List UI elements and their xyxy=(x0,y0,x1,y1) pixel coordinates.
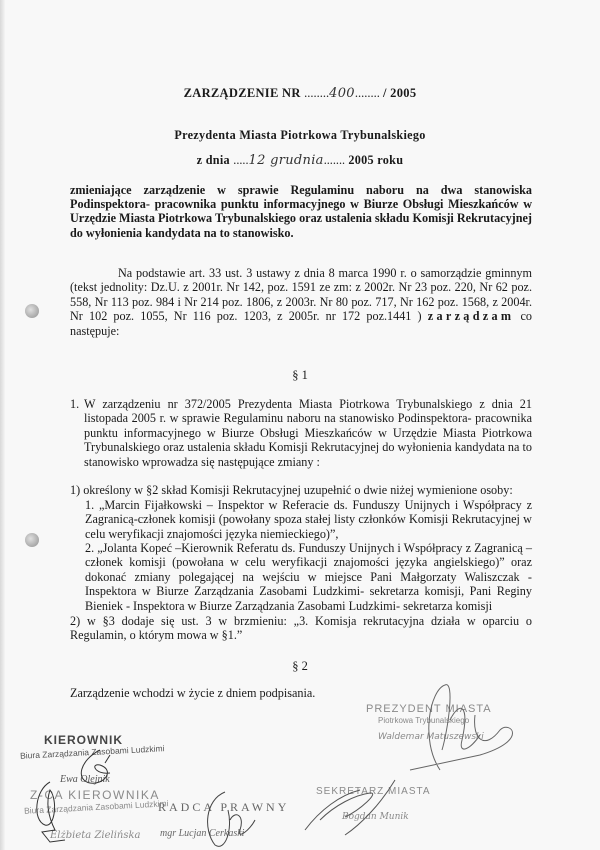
change-2: 2) w §3 dodaje się ust. 3 w brzmieniu: „… xyxy=(70,614,532,643)
legal-signature xyxy=(195,790,265,850)
hr-deputy-signature xyxy=(30,780,70,845)
person-1: 1. „Marcin Fijałkowski – Inspektor w Ref… xyxy=(85,498,532,541)
decree-word: zarządzam xyxy=(428,309,515,323)
section-2-mark: § 2 xyxy=(0,659,600,674)
date-line: z dnia .....12 grudnia....... 2005 roku xyxy=(0,153,600,168)
punch-hole xyxy=(25,304,39,318)
legal-basis: Na podstawie art. 33 ust. 3 ustawy z dni… xyxy=(70,266,532,338)
president-signature xyxy=(400,680,540,780)
person-2: 2. „Jolanta Kopeć –Kierownik Referatu ds… xyxy=(85,541,532,613)
issuer: Prezydenta Miasta Piotrkowa Trybunalskie… xyxy=(0,128,600,143)
subject: zmieniające zarządzenie w sprawie Regula… xyxy=(70,183,532,240)
change-1-intro: 1) określony w §2 skład Komisji Rekrutac… xyxy=(70,483,536,497)
secretary-signature xyxy=(300,775,410,835)
document-page: ZARZĄDZENIE NR ........400........ / 200… xyxy=(0,0,600,850)
handwritten-number: 400 xyxy=(329,86,355,101)
section-1-mark: § 1 xyxy=(0,368,600,383)
handwritten-date: 12 grudnia xyxy=(249,153,324,168)
hr-head-signature xyxy=(70,745,130,790)
section-1-item-1: 1. W zarządzeniu nr 372/2005 Prezydenta … xyxy=(70,397,532,469)
section-2-text: Zarządzenie wchodzi w życie z dniem podp… xyxy=(70,686,315,701)
document-heading: ZARZĄDZENIE NR ........400........ / 200… xyxy=(0,86,600,101)
punch-hole xyxy=(25,533,39,547)
